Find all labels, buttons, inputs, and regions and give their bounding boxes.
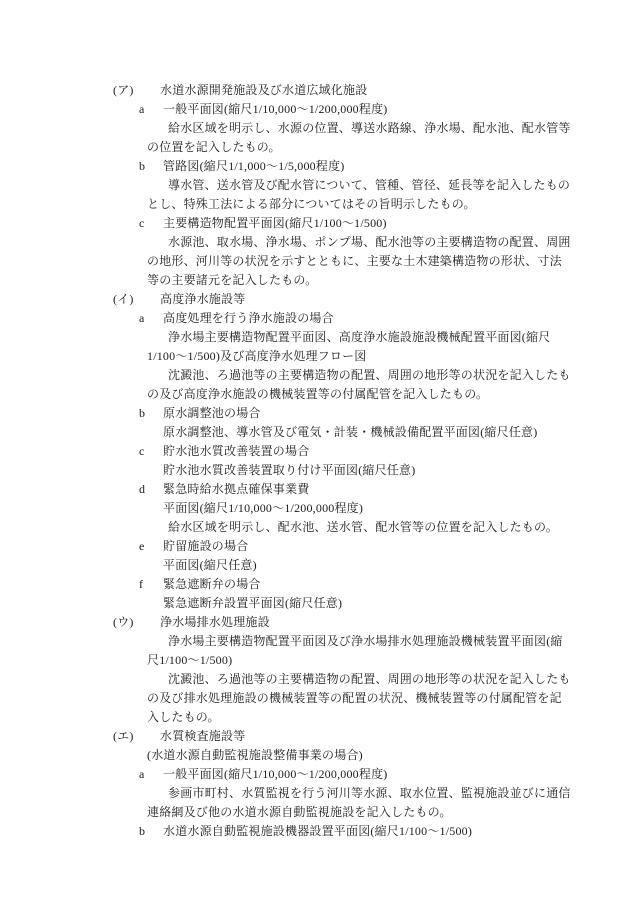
- item-text: 貯水池水質改善装置の場合: [163, 444, 309, 458]
- doc-line: 等の主要諸元を記入したもの。: [0, 271, 630, 290]
- list-item: b原水調整池の場合: [0, 404, 630, 423]
- list-marker: d: [139, 480, 163, 499]
- list-item: e貯留施設の場合: [0, 537, 630, 556]
- list-item: c貯水池水質改善装置の場合: [0, 442, 630, 461]
- heading-text: 高度浄水施設等: [160, 292, 245, 306]
- heading-text: 水質検査施設等: [160, 729, 245, 743]
- doc-line: 緊急遮断弁設置平面図(縮尺任意): [0, 594, 630, 613]
- list-item: b管路図(縮尺1/1,000～1/5,000程度): [0, 157, 630, 176]
- doc-line: 原水調整池、導水管及び電気・計装・機械設備配置平面図(縮尺任意): [0, 423, 630, 442]
- doc-line: 浄水場主要構造物配置平面図、高度浄水施設施設機械配置平面図(縮尺: [0, 328, 630, 347]
- heading-text: 浄水場排水処理施設: [160, 615, 270, 629]
- list-item: a一般平面図(縮尺1/10,000～1/200,000程度): [0, 765, 630, 784]
- doc-line: (水道水源自動監視施設整備事業の場合): [0, 746, 630, 765]
- list-marker: c: [139, 214, 163, 233]
- list-marker: a: [139, 100, 163, 119]
- list-item: f緊急遮断弁の場合: [0, 575, 630, 594]
- doc-line: 連絡網及び他の水道水源自動監視施設を記入したもの。: [0, 803, 630, 822]
- section-heading-e: (エ)水質検査施設等: [0, 727, 630, 746]
- list-item: c主要構造物配置平面図(縮尺1/100～1/500): [0, 214, 630, 233]
- doc-line: 平面図(縮尺任意): [0, 556, 630, 575]
- item-text: 緊急時給水拠点確保事業費: [163, 482, 309, 496]
- doc-line: 1/100～1/500)及び高度浄水処理フロー図: [0, 347, 630, 366]
- doc-line: 平面図(縮尺1/10,000～1/200,000程度): [0, 499, 630, 518]
- heading-text: 水道水源開発施設及び水道広域化施設: [160, 83, 367, 97]
- list-marker: c: [139, 442, 163, 461]
- item-text: 水道水源自動監視施設機器設置平面図(縮尺1/100～1/500): [163, 824, 472, 838]
- list-marker: (ア): [113, 81, 160, 100]
- list-item: d緊急時給水拠点確保事業費: [0, 480, 630, 499]
- doc-line: 水源池、取水場、浄水場、ポンプ場、配水池等の主要構造物の配置、周囲: [0, 233, 630, 252]
- doc-line: 給水区域を明示し、水源の位置、導送水路線、浄水場、配水池、配水管等: [0, 119, 630, 138]
- document-page: (ア)水道水源開発施設及び水道広域化施設 a一般平面図(縮尺1/10,000～1…: [0, 0, 630, 916]
- list-marker: b: [139, 157, 163, 176]
- list-marker: a: [139, 309, 163, 328]
- list-item: a一般平面図(縮尺1/10,000～1/200,000程度): [0, 100, 630, 119]
- list-marker: (イ): [113, 290, 160, 309]
- item-text: 管路図(縮尺1/1,000～1/5,000程度): [163, 159, 344, 173]
- section-heading-a: (ア)水道水源開発施設及び水道広域化施設: [0, 81, 630, 100]
- doc-line: 貯水池水質改善装置取り付け平面図(縮尺任意): [0, 461, 630, 480]
- list-marker: b: [139, 404, 163, 423]
- list-marker: (ウ): [113, 613, 160, 632]
- item-text: 貯留施設の場合: [163, 539, 248, 553]
- section-heading-u: (ウ)浄水場排水処理施設: [0, 613, 630, 632]
- doc-line: の地形、河川等の状況を示すとともに、主要な土木建築構造物の形状、寸法: [0, 252, 630, 271]
- list-item: b水道水源自動監視施設機器設置平面図(縮尺1/100～1/500): [0, 822, 630, 841]
- doc-line: 入したもの。: [0, 708, 630, 727]
- item-text: 一般平面図(縮尺1/10,000～1/200,000程度): [163, 102, 387, 116]
- list-marker: a: [139, 765, 163, 784]
- doc-line: 浄水場主要構造物配置平面図及び浄水場排水処理施設機械装置平面図(縮: [0, 632, 630, 651]
- list-marker: b: [139, 822, 163, 841]
- doc-line: 沈澱池、ろ過池等の主要構造物の配置、周囲の地形等の状況を記入したも: [0, 670, 630, 689]
- document-body: (ア)水道水源開発施設及び水道広域化施設 a一般平面図(縮尺1/10,000～1…: [0, 81, 630, 841]
- item-text: 緊急遮断弁の場合: [163, 577, 261, 591]
- item-text: 原水調整池の場合: [163, 406, 261, 420]
- doc-line: の位置を記入したもの。: [0, 138, 630, 157]
- doc-line: 沈澱池、ろ過池等の主要構造物の配置、周囲の地形等の状況を記入したも: [0, 366, 630, 385]
- section-heading-i: (イ)高度浄水施設等: [0, 290, 630, 309]
- list-marker: (エ): [113, 727, 160, 746]
- doc-line: 導水管、送水管及び配水管について、管種、管径、延長等を記入したもの: [0, 176, 630, 195]
- list-item: a高度処理を行う浄水施設の場合: [0, 309, 630, 328]
- item-text: 一般平面図(縮尺1/10,000～1/200,000程度): [163, 767, 387, 781]
- doc-line: の及び高度浄水施設の機械装置等の付属配管を記入したもの。: [0, 385, 630, 404]
- doc-line: 尺1/100～1/500): [0, 651, 630, 670]
- list-marker: f: [139, 575, 163, 594]
- doc-line: 給水区域を明示し、配水池、送水管、配水管等の位置を記入したもの。: [0, 518, 630, 537]
- doc-line: 参画市町村、水質監視を行う河川等水源、取水位置、監視施設並びに通信: [0, 784, 630, 803]
- item-text: 主要構造物配置平面図(縮尺1/100～1/500): [163, 216, 387, 230]
- list-marker: e: [139, 537, 163, 556]
- item-text: 高度処理を行う浄水施設の場合: [163, 311, 334, 325]
- doc-line: の及び排水処理施設の機械装置等の配置の状況、機械装置等の付属配管を記: [0, 689, 630, 708]
- doc-line: とし、特殊工法による部分についてはその旨明示したもの。: [0, 195, 630, 214]
